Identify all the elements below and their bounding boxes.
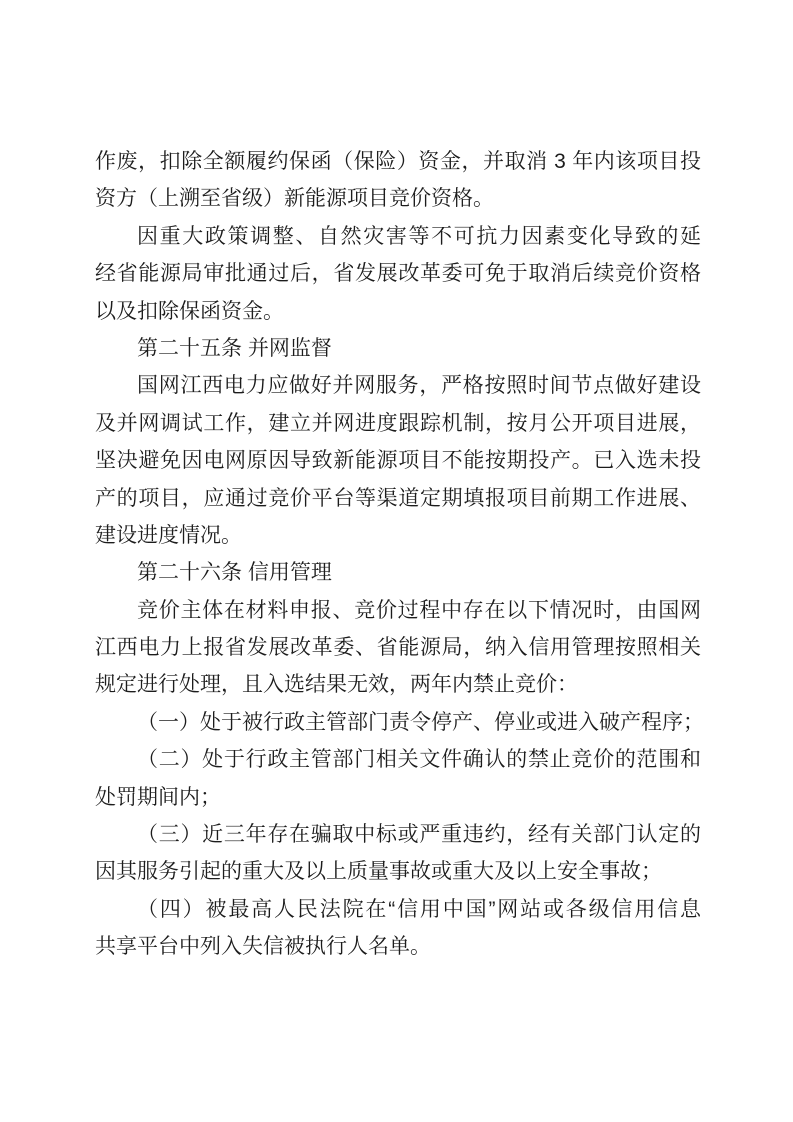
document-line: 因其服务引起的重大及以上质量事故或重大及以上安全事故；: [95, 853, 701, 890]
document-line: 及并网调试工作，建立并网进度跟踪机制，按月公开项目进展，: [95, 405, 701, 442]
document-line: 因重大政策调整、自然灾害等不可抗力因素变化导致的延期，: [95, 218, 701, 255]
document-line: 坚决避免因电网原因导致新能源项目不能按期投产。已入选未投: [95, 442, 701, 479]
document-line: （一）处于被行政主管部门责令停产、停业或进入破产程序；: [95, 704, 701, 741]
document-line: 经省能源局审批通过后，省发展改革委可免于取消后续竞价资格: [95, 255, 701, 292]
document-line: 资方（上溯至省级）新能源项目竞价资格。: [95, 180, 701, 217]
document-line: 竞价主体在材料申报、竞价过程中存在以下情况时，由国网: [95, 592, 701, 629]
document-line: 江西电力上报省发展改革委、省能源局，纳入信用管理按照相关: [95, 629, 701, 666]
document-line: 建设进度情况。: [95, 517, 701, 554]
document-line: 国网江西电力应做好并网服务，严格按照时间节点做好建设: [95, 367, 701, 404]
document-line: 第二十六条 信用管理: [95, 554, 701, 591]
document-line: 作废，扣除全额履约保函（保险）资金，并取消 3 年内该项目投: [95, 143, 701, 180]
document-line: 产的项目，应通过竞价平台等渠道定期填报项目前期工作进展、: [95, 480, 701, 517]
document-line: （二）处于行政主管部门相关文件确认的禁止竞价的范围和: [95, 741, 701, 778]
document-line: 共享平台中列入失信被执行人名单。: [95, 928, 701, 965]
document-line: 第二十五条 并网监督: [95, 330, 701, 367]
document-line: （四）被最高人民法院在“信用中国”网站或各级信用信息: [95, 891, 701, 928]
document-line: （三）近三年存在骗取中标或严重违约，经有关部门认定的: [95, 816, 701, 853]
document-line: 规定进行处理，且入选结果无效，两年内禁止竞价：: [95, 666, 701, 703]
document-text-block: 作废，扣除全额履约保函（保险）资金，并取消 3 年内该项目投资方（上溯至省级）新…: [95, 143, 701, 966]
document-line: 处罚期间内；: [95, 779, 701, 816]
document-page: 作废，扣除全额履约保函（保险）资金，并取消 3 年内该项目投资方（上溯至省级）新…: [0, 0, 793, 1122]
document-line: 以及扣除保函资金。: [95, 293, 701, 330]
